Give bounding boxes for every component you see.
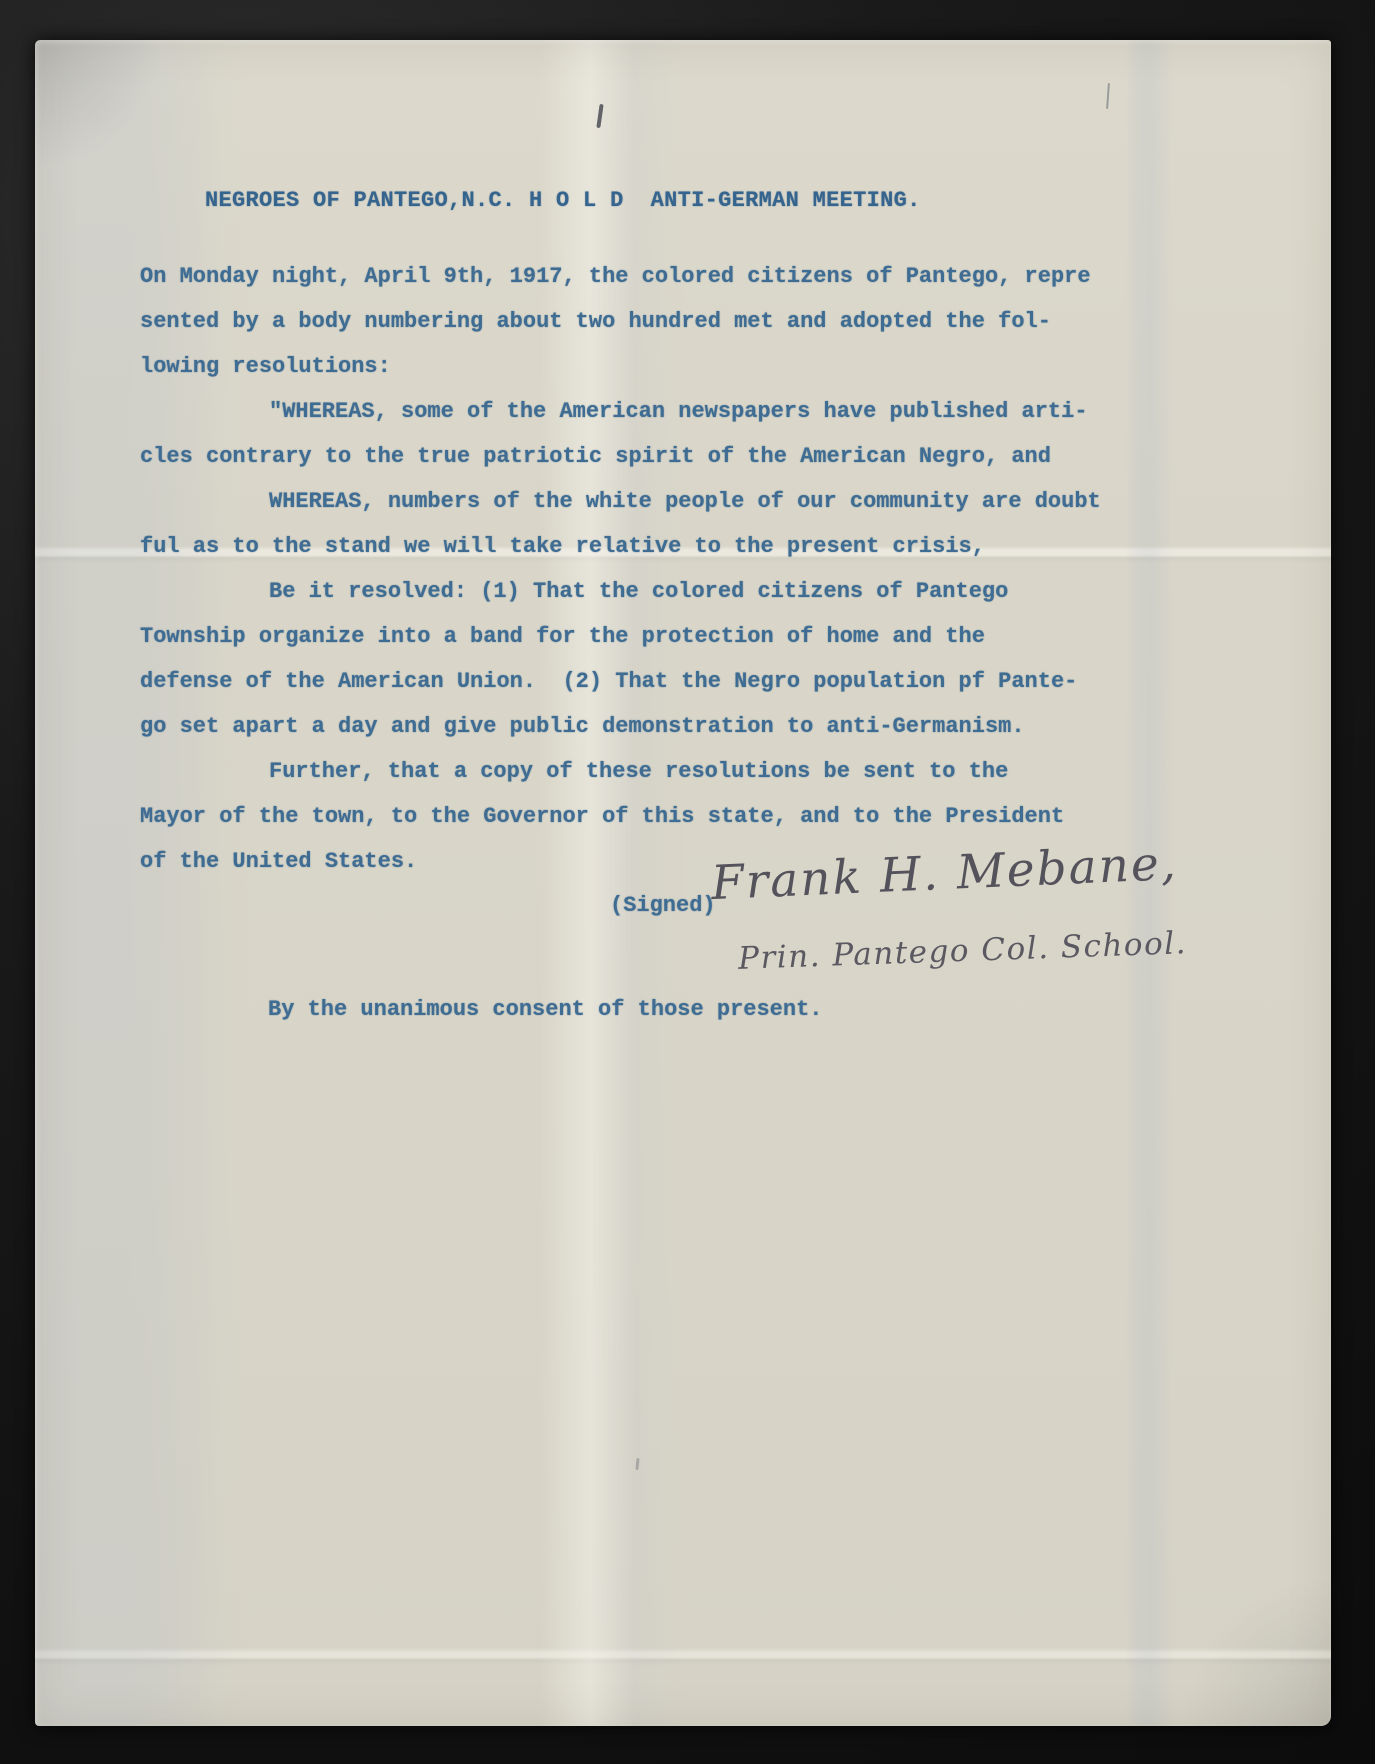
- closing-line: By the unanimous consent of those presen…: [268, 997, 823, 1022]
- document-title: NEGROES OF PANTEGO,N.C. H O L D ANTI-GER…: [205, 188, 921, 213]
- body-line: Be it resolved: (1) That the colored cit…: [140, 569, 1170, 614]
- body-line: sented by a body numbering about two hun…: [140, 299, 1170, 344]
- body-line: ful as to the stand we will take relativ…: [140, 524, 1170, 569]
- body-line: go set apart a day and give public demon…: [140, 704, 1170, 749]
- document-page: NEGROES OF PANTEGO,N.C. H O L D ANTI-GER…: [35, 40, 1331, 1726]
- body-line: On Monday night, April 9th, 1917, the co…: [140, 254, 1170, 299]
- body-line: Mayor of the town, to the Governor of th…: [140, 794, 1170, 839]
- body-line: cles contrary to the true patriotic spir…: [140, 434, 1170, 479]
- body-line: Township organize into a band for the pr…: [140, 614, 1170, 659]
- body-line: Further, that a copy of these resolution…: [140, 749, 1170, 794]
- ink-speck: [1106, 83, 1110, 109]
- document-body: On Monday night, April 9th, 1917, the co…: [140, 254, 1170, 884]
- ink-speck: [635, 1458, 639, 1470]
- body-line: lowing resolutions:: [140, 344, 1170, 389]
- body-line: "WHEREAS, some of the American newspaper…: [140, 389, 1170, 434]
- body-line: WHEREAS, numbers of the white people of …: [140, 479, 1170, 524]
- scan-background: NEGROES OF PANTEGO,N.C. H O L D ANTI-GER…: [0, 0, 1375, 1764]
- body-line: defense of the American Union. (2) That …: [140, 659, 1170, 704]
- signed-label: (Signed): [610, 893, 716, 918]
- ink-speck: [596, 104, 603, 128]
- signature-title: Prin. Pantego Col. School.: [738, 925, 1188, 977]
